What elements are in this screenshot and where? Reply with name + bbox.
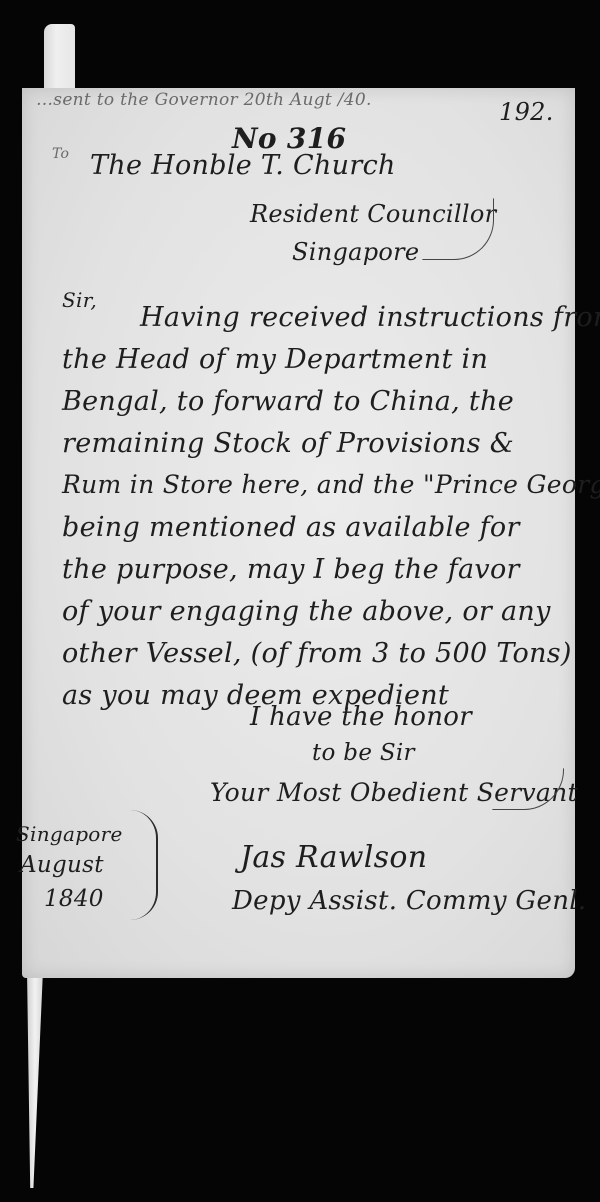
body-line: remaining Stock of Provisions & [62, 428, 514, 459]
addressee-name: The Honble T. Church [90, 150, 396, 181]
binding-strip-top [44, 24, 75, 94]
manuscript-page: …sent to the Governor 20th Augt /40. 192… [22, 88, 575, 978]
body-line: of your engaging the above, or any [62, 596, 551, 627]
signature: Jas Rawlson [240, 840, 427, 875]
body-line: Bengal, to forward to China, the [62, 386, 514, 417]
body-line: Having received instructions from [140, 302, 600, 333]
signature-title: Depy Assist. Commy Genl. [232, 886, 586, 916]
marginal-note: …sent to the Governor 20th Augt /40. [36, 90, 372, 110]
address-flourish [422, 198, 494, 260]
closing-line-1: I have the honor [250, 702, 472, 732]
closing-line-2: to be Sir [312, 740, 415, 766]
dateline-year: 1840 [44, 886, 104, 912]
body-line: being mentioned as available for [62, 512, 520, 543]
to-mark: To [52, 146, 69, 162]
body-line: the purpose, may I beg the favor [62, 554, 520, 585]
dateline-brace [130, 810, 158, 920]
dateline-place: Singapore [16, 822, 123, 846]
body-line: the Head of my Department in [62, 344, 488, 375]
salutation: Sir, [62, 288, 97, 312]
body-line: other Vessel, (of from 3 to 500 Tons) [62, 638, 572, 669]
addressee-place: Singapore [292, 238, 419, 266]
binding-strip-bottom [27, 970, 43, 1188]
body-line: Rum in Store here, and the "Prince Georg… [62, 470, 600, 499]
folio-number: 192. [499, 98, 554, 126]
dateline-month: August [20, 852, 104, 878]
